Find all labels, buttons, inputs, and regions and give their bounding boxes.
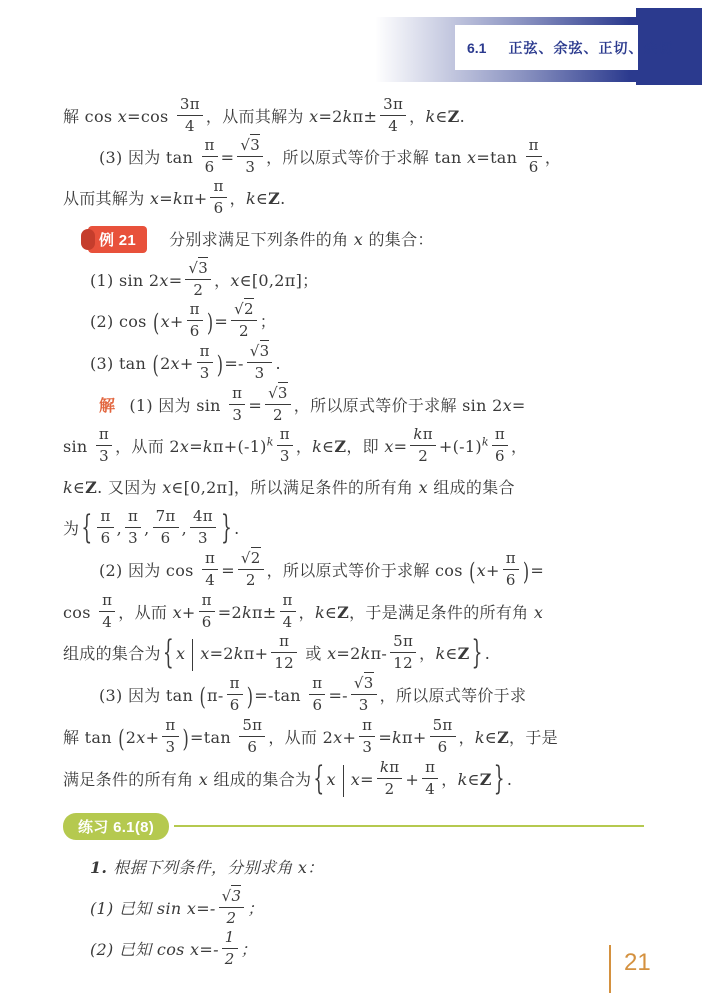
page-body: 解 cos x=cos 3π4，从而其解为 x=2kπ±3π4，k∈Z. (3)…	[0, 90, 702, 970]
section-number: 6.1	[467, 40, 486, 56]
example-problem-3: (3) tan (2x+π3)=-√33.	[63, 343, 644, 385]
solution-line-4: 为{π6,π3,7π6,4π3}.	[63, 508, 644, 550]
intro-line-2: (3) 因为 tan π6=√33，所以原式等价于求解 tan x=tan π6…	[63, 137, 644, 178]
practice-badge: 练习 6.1(8)	[63, 813, 169, 840]
practice-line-2: (1) 已知 sin x=-√32；	[63, 888, 644, 929]
solution-line-9: 解 tan (2x+π3)=tan 5π6，从而 2x+π3=kπ+5π6，k∈…	[63, 717, 644, 759]
solution-line-1: 解(1) 因为 sin π3=√32，所以原式等价于求解 sin 2x=	[63, 385, 644, 426]
page-number-rule	[609, 945, 611, 993]
example-heading-text: 分别求满足下列条件的角 x 的集合：	[169, 219, 434, 260]
page-number: 21	[624, 949, 651, 977]
header-title-box: 6.1 正弦、余弦、正切、余切	[455, 25, 638, 70]
solution-line-2: sin π3，从而 2x=kπ+(-1)kπ3，k∈Z，即 x=kπ2+(-1)…	[63, 426, 644, 467]
solution-line-6: cos π4，从而 x+π6=2kπ±π4，k∈Z，于是满足条件的所有角 x	[63, 592, 644, 633]
page-footer: 21	[609, 945, 651, 993]
solution-line-5: (2) 因为 cos π4=√22，所以原式等价于求解 cos (x+π6)=	[63, 550, 644, 592]
intro-line-3: 从而其解为 x=kπ+π6，k∈Z.	[63, 178, 644, 219]
intro-line-1: 解 cos x=cos 3π4，从而其解为 x=2kπ±3π4，k∈Z.	[63, 96, 644, 137]
example-heading-row: 例 21 分别求满足下列条件的角 x 的集合：	[63, 219, 644, 260]
solution-line-10: 满足条件的所有角 x 组成的集合为{xx=kπ2+π4，k∈Z}.	[63, 759, 644, 801]
practice-line-1: 1. 根据下列条件，分别求角 x：	[63, 847, 644, 888]
solution-line-7: 组成的集合为{xx=2kπ+π12 或 x=2kπ-5π12，k∈Z}.	[63, 633, 644, 675]
solution-line-8: (3) 因为 tan (π-π6)=-tan π6=-√33，所以原式等价于求	[63, 675, 644, 717]
example-badge: 例 21	[88, 226, 147, 253]
practice-heading-row: 练习 6.1(8)	[63, 805, 644, 847]
practice-line-3: (2) 已知 cos x=-12；	[63, 929, 644, 970]
solution-line-3: k∈Z. 又因为 x∈[0,2π]，所以满足条件的所有角 x 组成的集合	[63, 467, 644, 508]
example-problem-2: (2) cos (x+π6)=√22；	[63, 301, 644, 343]
example-problem-1: (1) sin 2x=√32，x∈[0,2π]；	[63, 260, 644, 301]
practice-rule-line	[174, 825, 644, 827]
section-title: 正弦、余弦、正切、余切	[508, 38, 673, 58]
page-header: 6.1 正弦、余弦、正切、余切	[0, 0, 702, 90]
textbook-page: 6.1 正弦、余弦、正切、余切 解 cos x=cos 3π4，从而其解为 x=…	[0, 0, 702, 993]
